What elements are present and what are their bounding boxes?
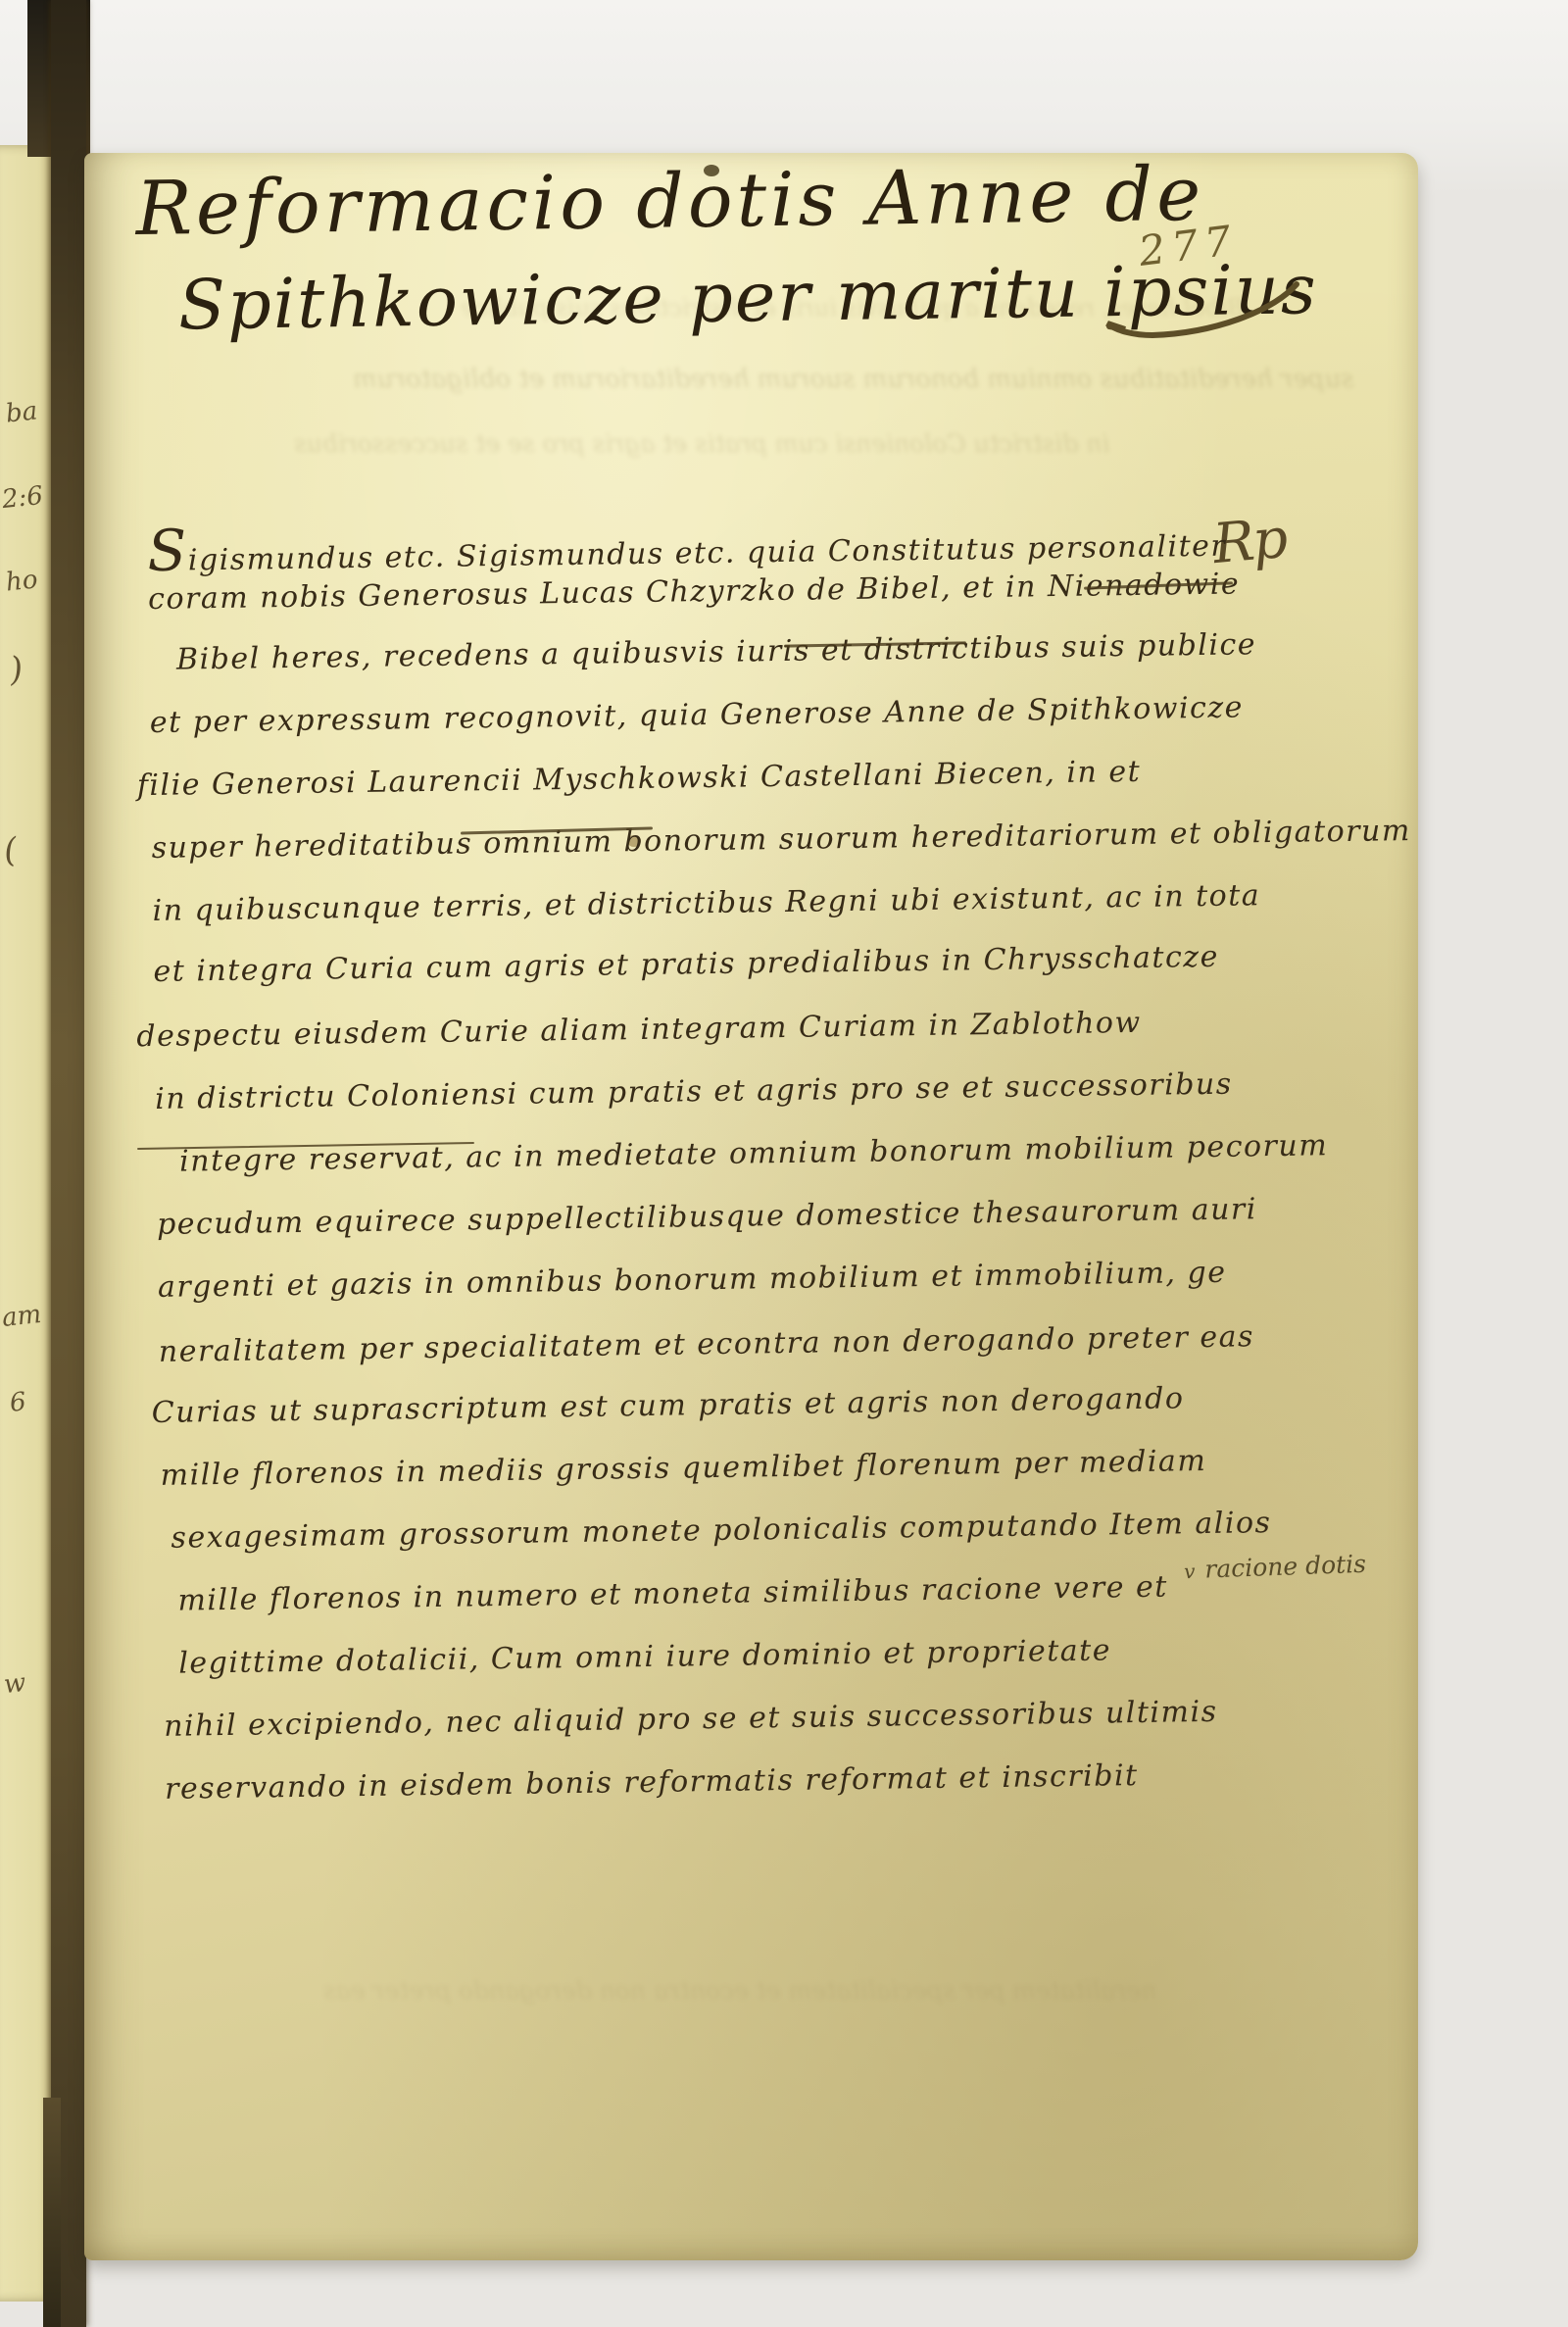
gutter-text-fragment: (	[2, 830, 19, 870]
insertion-caret: v	[1184, 1560, 1196, 1583]
scan-background: ba 2:6 ho ) ( am 6 w super hereditatibus…	[0, 0, 1568, 2327]
binding-gutter	[51, 0, 86, 2327]
gutter-text-fragment: 2:6	[1, 481, 45, 515]
manuscript-body: Sigismundus etc. Sigismundus etc. quia C…	[147, 500, 1425, 1835]
previous-page-edge: ba 2:6 ho ) ( am 6 w	[0, 145, 57, 2302]
gutter-text-fragment: )	[8, 649, 24, 689]
gutter-text-fragment: w	[2, 1668, 26, 1700]
margin-note-text: racione dotis	[1204, 1550, 1367, 1584]
gutter-text-fragment: am	[1, 1300, 43, 1333]
folio-flourish-stroke	[1096, 272, 1311, 365]
gutter-text-fragment: ba	[5, 396, 39, 428]
binding-strip-bottom	[43, 2098, 61, 2327]
gutter-text-fragment: 6	[8, 1387, 27, 1418]
gutter-text-fragment: ho	[5, 565, 39, 597]
